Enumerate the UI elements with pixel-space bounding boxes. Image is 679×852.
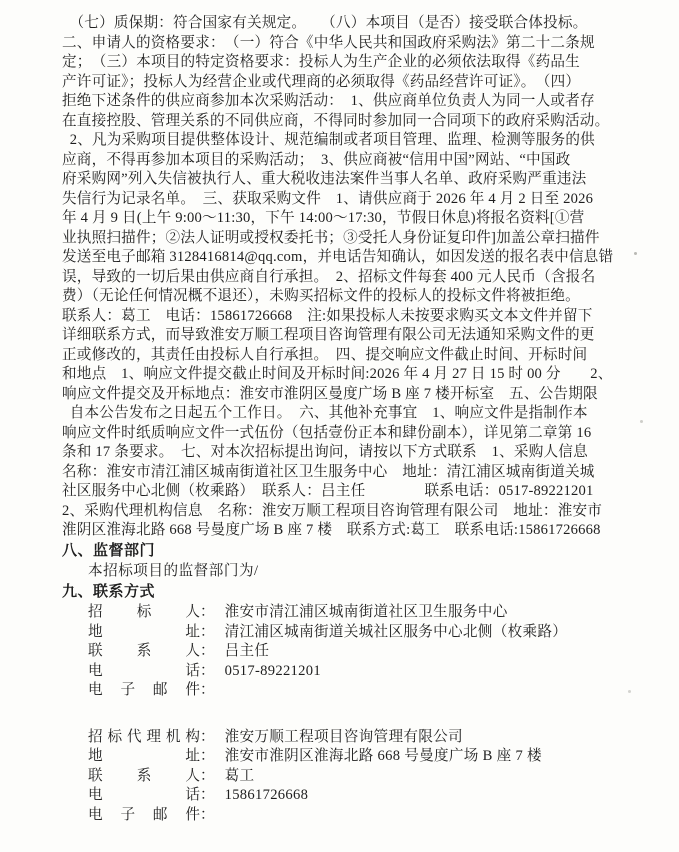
contact-label: 电子邮件	[88, 681, 200, 701]
tender-announcement-body: （七）质保期：符合国家有关规定。 （八）本项目（是否）接受联合体投标。二、申请人…	[62, 14, 627, 541]
body-line: 正或修改的，其责任由投标人自行承担。 四、提交响应文件截止时间、开标时间	[62, 346, 627, 366]
body-line: 二、申请人的资格要求： （一）符合《中华人民共和国政府采购法》第二十二条规	[62, 34, 627, 54]
body-line: 和地点 1、响应文件提交截止时间及开标时间:2026 年 4 月 27 日 15…	[62, 365, 627, 385]
body-line: 联系人：葛工 电话：15861726668 注:如果投标人未按要求购买文本文件并…	[62, 307, 627, 327]
body-line: 发送至电子邮箱 3128416814@qq.com，并电话告知确认，如因发送的报…	[62, 248, 627, 268]
body-line: 条和 17 条要求。 七、对本次招标提出询问，请按以下方式联系 1、采购人信息	[62, 443, 627, 463]
contact-value: 0517-89221201	[225, 663, 321, 679]
body-line: 业执照扫描件；②法人证明或授权委托书；③受托人身份证复印件]加盖公章扫描件	[62, 229, 627, 249]
body-line: （七）质保期：符合国家有关规定。 （八）本项目（是否）接受联合体投标。	[62, 14, 627, 34]
body-line: 2、凡为采购项目提供整体设计、规范编制或者项目管理、监理、检测等服务的供	[62, 131, 627, 151]
scan-speck	[634, 252, 637, 255]
section-8-heading: 八、监督部门	[62, 541, 627, 562]
body-line: 响应文件提交及开标地点：淮安市淮阴区曼度广场 B 座 7 楼开标室 五、公告期限	[62, 385, 627, 405]
tenderer-contact-block: 招标人：淮安市清江浦区城南街道社区卫生服务中心地址：清江浦区城南街道关城社区服务…	[62, 603, 627, 701]
contact-label: 联系人	[88, 642, 200, 662]
contact-row: 招标人：淮安市清江浦区城南街道社区卫生服务中心	[62, 603, 627, 623]
contact-label: 联系人	[88, 767, 200, 787]
contact-label-colon: ：	[200, 662, 215, 682]
contact-row: 电子邮件：	[62, 681, 627, 701]
body-line: 自本公告发布之日起五个工作日。 六、其他补充事宜 1、响应文件是指制作本	[62, 404, 627, 424]
body-line: 府采购网”列入失信被执行人、重大税收违法案件当事人名单、政府采购严重违法	[62, 170, 627, 190]
contact-value: 15861726668	[225, 787, 309, 803]
section-9-heading: 九、联系方式	[62, 582, 627, 603]
body-line: 响应文件时纸质响应文件一式伍份（包括壹份正本和肆份副本），详见第二章第 16	[62, 424, 627, 444]
contact-label: 电子邮件	[88, 806, 200, 826]
contact-row: 电话：0517-89221201	[62, 662, 627, 682]
contact-value: 清江浦区城南街道关城社区服务中心北侧（枚乘路）	[225, 624, 568, 640]
contact-label-colon: ：	[200, 806, 215, 826]
body-line: 失信行为记录名单。 三、获取采购文件 1、请供应商于 2026 年 4 月 2 …	[62, 190, 627, 210]
section-8-text: 本招标项目的监督部门为/	[62, 561, 627, 582]
contact-label-colon: ：	[200, 747, 215, 767]
contact-label: 招标代理机构	[88, 728, 200, 748]
contact-label-colon: ：	[200, 786, 215, 806]
agency-contact-block: 招标代理机构：淮安万顺工程项目咨询管理有限公司地址：淮安市淮阴区淮海北路 668…	[62, 728, 627, 826]
body-line: 淮阴区淮海北路 668 号曼度广场 B 座 7 楼 联系方式:葛工 联系电话:1…	[62, 521, 627, 541]
contact-label: 电话	[88, 786, 200, 806]
contact-label-colon: ：	[200, 767, 215, 787]
contact-row: 电话：15861726668	[62, 786, 627, 806]
contact-value: 淮安市清江浦区城南街道社区卫生服务中心	[225, 604, 508, 620]
body-line: 年 4 月 9 日(上午 9:00～11:30，下午 14:00～17:30，节…	[62, 209, 627, 229]
contact-row: 联系人：葛工	[62, 767, 627, 787]
contact-label-colon: ：	[200, 603, 215, 623]
contact-row: 联系人：吕主任	[62, 642, 627, 662]
body-line: 拒绝下述条件的供应商参加本次采购活动： 1、供应商单位负责人为同一人或者存	[62, 92, 627, 112]
body-line: 费）（无论任何情况概不退还），未购买招标文件的投标人的投标文件将被拒绝。	[62, 287, 627, 307]
contact-row: 地址：淮安市淮阴区淮海北路 668 号曼度广场 B 座 7 楼	[62, 747, 627, 767]
contact-value: 淮安市淮阴区淮海北路 668 号曼度广场 B 座 7 楼	[225, 748, 542, 764]
contact-label-colon: ：	[200, 728, 215, 748]
body-line: 在直接控股、管理关系的不同供应商，不得同时参加同一合同项下的政府采购活动。	[62, 112, 627, 132]
scan-speck	[628, 690, 631, 693]
scanned-document-page: （七）质保期：符合国家有关规定。 （八）本项目（是否）接受联合体投标。二、申请人…	[0, 0, 679, 852]
contact-label: 地址	[88, 623, 200, 643]
body-line: 社区服务中心北侧（枚乘路） 联系人：吕主任 联系电话：0517-89221201	[62, 482, 627, 502]
contact-value: 淮安万顺工程项目咨询管理有限公司	[225, 729, 463, 745]
contact-label: 电话	[88, 662, 200, 682]
body-line: 名称：淮安市清江浦区城南街道社区卫生服务中心 地址：清江浦区城南街道关城	[62, 463, 627, 483]
contact-label-colon: ：	[200, 681, 215, 701]
contact-row: 地址：清江浦区城南街道关城社区服务中心北侧（枚乘路）	[62, 623, 627, 643]
body-line: 2、采购代理机构信息 名称：淮安万顺工程项目咨询管理有限公司 地址：淮安市	[62, 502, 627, 522]
body-line: 应商，不得再参加本项目的采购活动； 3、供应商被“信用中国”网站、“中国政	[62, 151, 627, 171]
body-line: 产许可证》；投标人为经营企业或代理商的必须取得《药品经营许可证》。 （四）	[62, 73, 627, 93]
contact-label-colon: ：	[200, 642, 215, 662]
contact-label: 地址	[88, 747, 200, 767]
contact-value: 吕主任	[225, 643, 270, 659]
body-line: 详细联系方式，而导致淮安万顺工程项目咨询管理有限公司无法通知采购文件的更	[62, 326, 627, 346]
contact-row: 电子邮件：	[62, 806, 627, 826]
contact-label-colon: ：	[200, 623, 215, 643]
contact-label: 招标人	[88, 603, 200, 623]
contact-row: 招标代理机构：淮安万顺工程项目咨询管理有限公司	[62, 728, 627, 748]
document-content: （七）质保期：符合国家有关规定。 （八）本项目（是否）接受联合体投标。二、申请人…	[62, 14, 627, 825]
scan-speck	[640, 420, 643, 423]
body-line: 误，导致的一切后果由供应商自行承担。 2、招标文件每套 400 元人民币（含报名	[62, 268, 627, 288]
contact-value: 葛工	[225, 768, 255, 784]
body-line: 定； （三）本项目的特定资格要求：投标人为生产企业的必须依法取得《药品生	[62, 53, 627, 73]
